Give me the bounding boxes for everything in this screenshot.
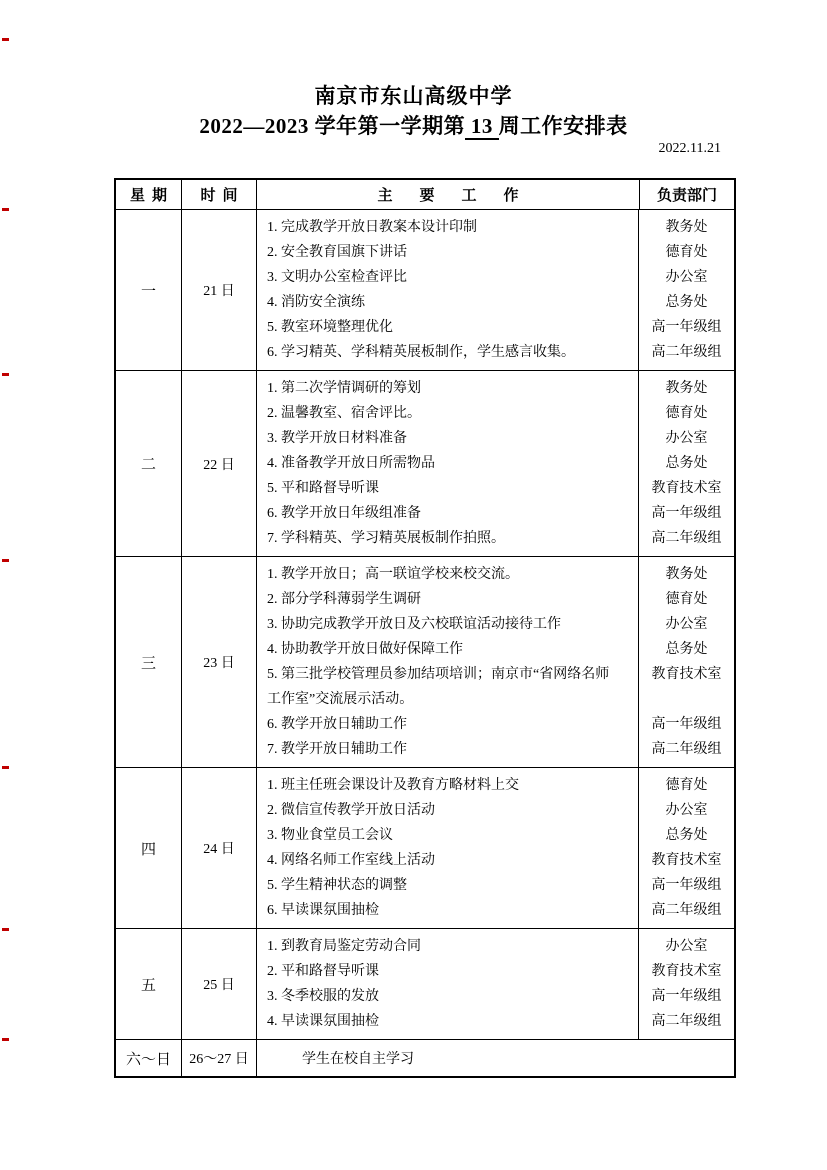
department-label: 总务处	[639, 451, 734, 476]
task-line: 工作室”交流展示活动。	[267, 687, 634, 712]
document-page: 南京市东山高级中学 2022—2023 学年第一学期第 13 周工作安排表 20…	[0, 0, 827, 1170]
time-cell: 21 日	[182, 210, 257, 370]
department-label: 高二年级组	[639, 898, 734, 923]
table-row: 五25 日1. 到教育局鉴定劳动合同2. 平和路督导听课3. 冬季校服的发放4.…	[116, 929, 734, 1040]
department-label: 高一年级组	[639, 984, 734, 1009]
department-label: 总务处	[639, 637, 734, 662]
department-label: 高二年级组	[639, 737, 734, 762]
tasks-cell: 1. 教学开放日；高一联谊学校来校交流。2. 部分学科薄弱学生调研3. 协助完成…	[257, 557, 638, 767]
task-line: 1. 班主任班会课设计及教育方略材料上交	[267, 773, 634, 798]
work-dept-area: 1. 班主任班会课设计及教育方略材料上交2. 微信宣传教学开放日活动3. 物业食…	[257, 768, 734, 928]
task-line: 4. 消防安全演练	[267, 290, 634, 315]
department-label: 高一年级组	[639, 501, 734, 526]
task-line: 5. 第三批学校管理员参加结项培训；南京市“省网络名师	[267, 662, 634, 687]
department-label: 教育技术室	[639, 476, 734, 501]
work-dept-area: 1. 到教育局鉴定劳动合同2. 平和路督导听课3. 冬季校服的发放4. 早读课氛…	[257, 929, 734, 1039]
table-body: 一21 日1. 完成教学开放日教案本设计印制2. 安全教育国旗下讲话3. 文明办…	[116, 210, 734, 1076]
task-line: 3. 教学开放日材料准备	[267, 426, 634, 451]
department-label: 高一年级组	[639, 873, 734, 898]
work-dept-area: 1. 第二次学情调研的筹划2. 温馨教室、宿舍评比。3. 教学开放日材料准备4.…	[257, 371, 734, 556]
merged-work-cell: 学生在校自主学习	[257, 1040, 734, 1076]
revision-mark	[2, 208, 9, 211]
day-cell: 五	[116, 929, 182, 1039]
time-cell: 25 日	[182, 929, 257, 1039]
tasks-cell: 1. 完成教学开放日教案本设计印制2. 安全教育国旗下讲话3. 文明办公室检查评…	[257, 210, 638, 370]
department-label: 教育技术室	[639, 662, 734, 687]
task-line: 4. 协助教学开放日做好保障工作	[267, 637, 634, 662]
schedule-table: 星期 时间 主要工作 负责部门 一21 日1. 完成教学开放日教案本设计印制2.…	[114, 178, 736, 1078]
header-time: 时间	[182, 180, 257, 209]
revision-mark	[2, 928, 9, 931]
task-line: 4. 网络名师工作室线上活动	[267, 848, 634, 873]
tasks-cell: 1. 第二次学情调研的筹划2. 温馨教室、宿舍评比。3. 教学开放日材料准备4.…	[257, 371, 638, 556]
day-cell: 一	[116, 210, 182, 370]
task-line: 6. 学习精英、学科精英展板制作，学生感言收集。	[267, 340, 634, 365]
date-label: 2022.11.21	[0, 141, 721, 157]
time-cell: 23 日	[182, 557, 257, 767]
time-cell: 24 日	[182, 768, 257, 928]
day-cell: 二	[116, 371, 182, 556]
subtitle-suffix: 周工作安排表	[499, 114, 628, 138]
task-line: 7. 学科精英、学习精英展板制作拍照。	[267, 526, 634, 551]
subtitle-prefix: 2022—2023 学年第一学期第	[199, 114, 465, 138]
task-line: 6. 教学开放日辅助工作	[267, 712, 634, 737]
task-line: 1. 第二次学情调研的筹划	[267, 376, 634, 401]
task-line: 5. 教室环境整理优化	[267, 315, 634, 340]
task-line: 3. 物业食堂员工会议	[267, 823, 634, 848]
department-label	[639, 687, 734, 712]
revision-mark	[2, 559, 9, 562]
revision-mark	[2, 38, 9, 41]
revision-mark	[2, 373, 9, 376]
task-line: 4. 准备教学开放日所需物品	[267, 451, 634, 476]
task-line: 3. 协助完成教学开放日及六校联谊活动接待工作	[267, 612, 634, 637]
department-label: 德育处	[639, 401, 734, 426]
table-header-row: 星期 时间 主要工作 负责部门	[116, 180, 734, 210]
departments-cell: 办公室教育技术室高一年级组高二年级组	[638, 929, 734, 1039]
task-line: 5. 平和路督导听课	[267, 476, 634, 501]
department-label: 高一年级组	[639, 712, 734, 737]
week-number: 13	[465, 114, 499, 140]
time-cell: 22 日	[182, 371, 257, 556]
department-label: 德育处	[639, 240, 734, 265]
header-dept: 负责部门	[639, 180, 734, 209]
departments-cell: 教务处德育处办公室总务处教育技术室高一年级组高二年级组	[638, 557, 734, 767]
department-label: 高二年级组	[639, 526, 734, 551]
revision-mark	[2, 1038, 9, 1041]
department-label: 教务处	[639, 215, 734, 240]
work-dept-area: 1. 完成教学开放日教案本设计印制2. 安全教育国旗下讲话3. 文明办公室检查评…	[257, 210, 734, 370]
department-label: 办公室	[639, 426, 734, 451]
task-line: 1. 完成教学开放日教案本设计印制	[267, 215, 634, 240]
department-label: 高二年级组	[639, 340, 734, 365]
day-cell: 四	[116, 768, 182, 928]
table-row: 四24 日1. 班主任班会课设计及教育方略材料上交2. 微信宣传教学开放日活动3…	[116, 768, 734, 929]
department-label: 高一年级组	[639, 315, 734, 340]
task-line: 7. 教学开放日辅助工作	[267, 737, 634, 762]
task-line: 4. 早读课氛围抽检	[267, 1009, 634, 1034]
department-label: 办公室	[639, 798, 734, 823]
departments-cell: 德育处办公室总务处教育技术室高一年级组高二年级组	[638, 768, 734, 928]
department-label: 办公室	[639, 265, 734, 290]
tasks-cell: 1. 班主任班会课设计及教育方略材料上交2. 微信宣传教学开放日活动3. 物业食…	[257, 768, 638, 928]
department-label: 高二年级组	[639, 1009, 734, 1034]
department-label: 办公室	[639, 612, 734, 637]
department-label: 德育处	[639, 773, 734, 798]
header-work: 主要工作	[257, 180, 639, 209]
department-label: 教务处	[639, 562, 734, 587]
table-row: 二22 日1. 第二次学情调研的筹划2. 温馨教室、宿舍评比。3. 教学开放日材…	[116, 371, 734, 557]
task-line: 2. 部分学科薄弱学生调研	[267, 587, 634, 612]
department-label: 办公室	[639, 934, 734, 959]
department-label: 总务处	[639, 290, 734, 315]
table-row: 一21 日1. 完成教学开放日教案本设计印制2. 安全教育国旗下讲话3. 文明办…	[116, 210, 734, 371]
task-line: 3. 冬季校服的发放	[267, 984, 634, 1009]
time-cell: 26～27 日	[182, 1040, 257, 1076]
departments-cell: 教务处德育处办公室总务处高一年级组高二年级组	[638, 210, 734, 370]
task-line: 1. 教学开放日；高一联谊学校来校交流。	[267, 562, 634, 587]
table-row: 六～日26～27 日学生在校自主学习	[116, 1040, 734, 1076]
task-line: 6. 早读课氛围抽检	[267, 898, 634, 923]
task-line: 2. 平和路督导听课	[267, 959, 634, 984]
department-label: 总务处	[639, 823, 734, 848]
work-dept-area: 学生在校自主学习	[257, 1040, 734, 1076]
task-line: 2. 微信宣传教学开放日活动	[267, 798, 634, 823]
page-title: 南京市东山高级中学	[0, 80, 827, 110]
day-cell: 三	[116, 557, 182, 767]
departments-cell: 教务处德育处办公室总务处教育技术室高一年级组高二年级组	[638, 371, 734, 556]
table-row: 三23 日1. 教学开放日；高一联谊学校来校交流。2. 部分学科薄弱学生调研3.…	[116, 557, 734, 768]
work-dept-area: 1. 教学开放日；高一联谊学校来校交流。2. 部分学科薄弱学生调研3. 协助完成…	[257, 557, 734, 767]
department-label: 德育处	[639, 587, 734, 612]
task-line: 2. 温馨教室、宿舍评比。	[267, 401, 634, 426]
department-label: 教育技术室	[639, 959, 734, 984]
task-line: 2. 安全教育国旗下讲话	[267, 240, 634, 265]
department-label: 教育技术室	[639, 848, 734, 873]
day-cell: 六～日	[116, 1040, 182, 1076]
header-day: 星期	[116, 180, 182, 209]
tasks-cell: 1. 到教育局鉴定劳动合同2. 平和路督导听课3. 冬季校服的发放4. 早读课氛…	[257, 929, 638, 1039]
task-line: 3. 文明办公室检查评比	[267, 265, 634, 290]
page-subtitle: 2022—2023 学年第一学期第 13 周工作安排表	[0, 110, 827, 140]
task-line: 6. 教学开放日年级组准备	[267, 501, 634, 526]
task-line: 1. 到教育局鉴定劳动合同	[267, 934, 634, 959]
department-label: 教务处	[639, 376, 734, 401]
task-line: 5. 学生精神状态的调整	[267, 873, 634, 898]
revision-mark	[2, 766, 9, 769]
